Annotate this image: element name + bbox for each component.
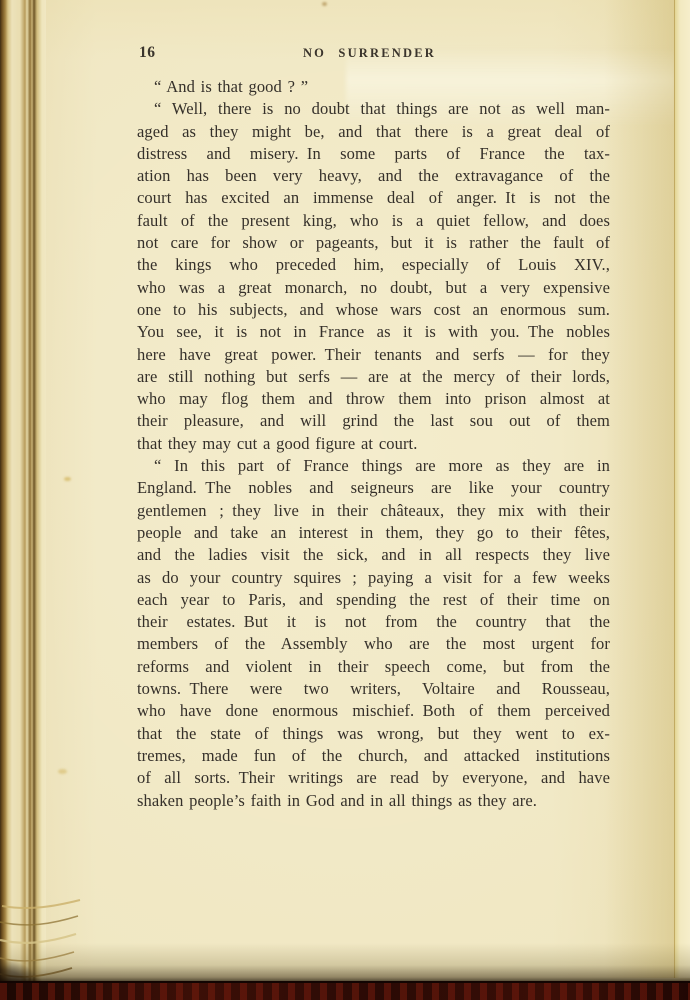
- text-line: fault of the present king, who is a quie…: [137, 210, 610, 232]
- text-line: as do your country squires ; paying a vi…: [137, 567, 610, 589]
- text-line: reforms and violent in their speech come…: [137, 656, 610, 678]
- text-line: who was a great monarch, no doubt, but a…: [137, 277, 610, 299]
- text-line: “ And is that good ? ”: [137, 76, 610, 98]
- text-line: distress and misery. In some parts of Fr…: [137, 143, 610, 165]
- text-line: tremes, made fun of the church, and atta…: [137, 745, 610, 767]
- right-page-fade: [604, 0, 674, 978]
- text-line: gentlemen ; they live in their châteaux,…: [137, 500, 610, 522]
- running-title: NO SURRENDER: [137, 46, 602, 61]
- text-line: their pleasure, and will grind the last …: [137, 410, 610, 432]
- book-cover-edge: [0, 981, 690, 1000]
- text-line: who may flog them and throw them into pr…: [137, 388, 610, 410]
- binding-gutter: [0, 0, 46, 982]
- text-line: “ Well, there is no doubt that things ar…: [137, 98, 610, 120]
- page-header: 16 NO SURRENDER: [137, 44, 610, 64]
- text-line: and the ladies visit the sick, and in al…: [137, 544, 610, 566]
- foxing-speck: [322, 2, 327, 6]
- text-line: You see, it is not in France as it is wi…: [137, 321, 610, 343]
- text-line: members of the Assembly who are the most…: [137, 633, 610, 655]
- foxing-speck: [58, 769, 67, 774]
- text-line: of all sorts. Their writings are read by…: [137, 767, 610, 789]
- text-line: England. The nobles and seigneurs are li…: [137, 477, 610, 499]
- text-line: the kings who preceded him, especially o…: [137, 254, 610, 276]
- text-line: aged as they might be, and that there is…: [137, 121, 610, 143]
- paragraph: “ In this part of France things are more…: [137, 455, 610, 812]
- text-line: court has excited an immense deal of ang…: [137, 187, 610, 209]
- paragraph: “ And is that good ? ”: [137, 76, 610, 98]
- text-line: ation has been very heavy, and the extra…: [137, 165, 610, 187]
- text-line: each year to Paris, and spending the res…: [137, 589, 610, 611]
- text-line: people and take an interest in them, the…: [137, 522, 610, 544]
- text-line: “ In this part of France things are more…: [137, 455, 610, 477]
- paragraph: “ Well, there is no doubt that things ar…: [137, 98, 610, 455]
- foxing-speck: [64, 477, 71, 481]
- right-page-edge: [674, 0, 690, 978]
- text-line: that they may cut a good figure at court…: [137, 433, 610, 455]
- page-text: “ And is that good ? ”“ Well, there is n…: [137, 76, 610, 812]
- text-line: their estates. But it is not from the co…: [137, 611, 610, 633]
- text-line: not care for show or pageants, but it is…: [137, 232, 610, 254]
- page-bottom-shadow: [0, 943, 690, 983]
- text-line: here have great power. Their tenants and…: [137, 344, 610, 366]
- text-line: are still nothing but serfs — are at the…: [137, 366, 610, 388]
- text-line: who have done enormous mischief. Both of…: [137, 700, 610, 722]
- text-line: one to his subjects, and whose wars cost…: [137, 299, 610, 321]
- book-page-photo: 16 NO SURRENDER “ And is that good ? ”“ …: [0, 0, 690, 1000]
- text-line: towns. There were two writers, Voltaire …: [137, 678, 610, 700]
- text-line: shaken people’s faith in God and in all …: [137, 790, 610, 812]
- text-line: that the state of things was wrong, but …: [137, 723, 610, 745]
